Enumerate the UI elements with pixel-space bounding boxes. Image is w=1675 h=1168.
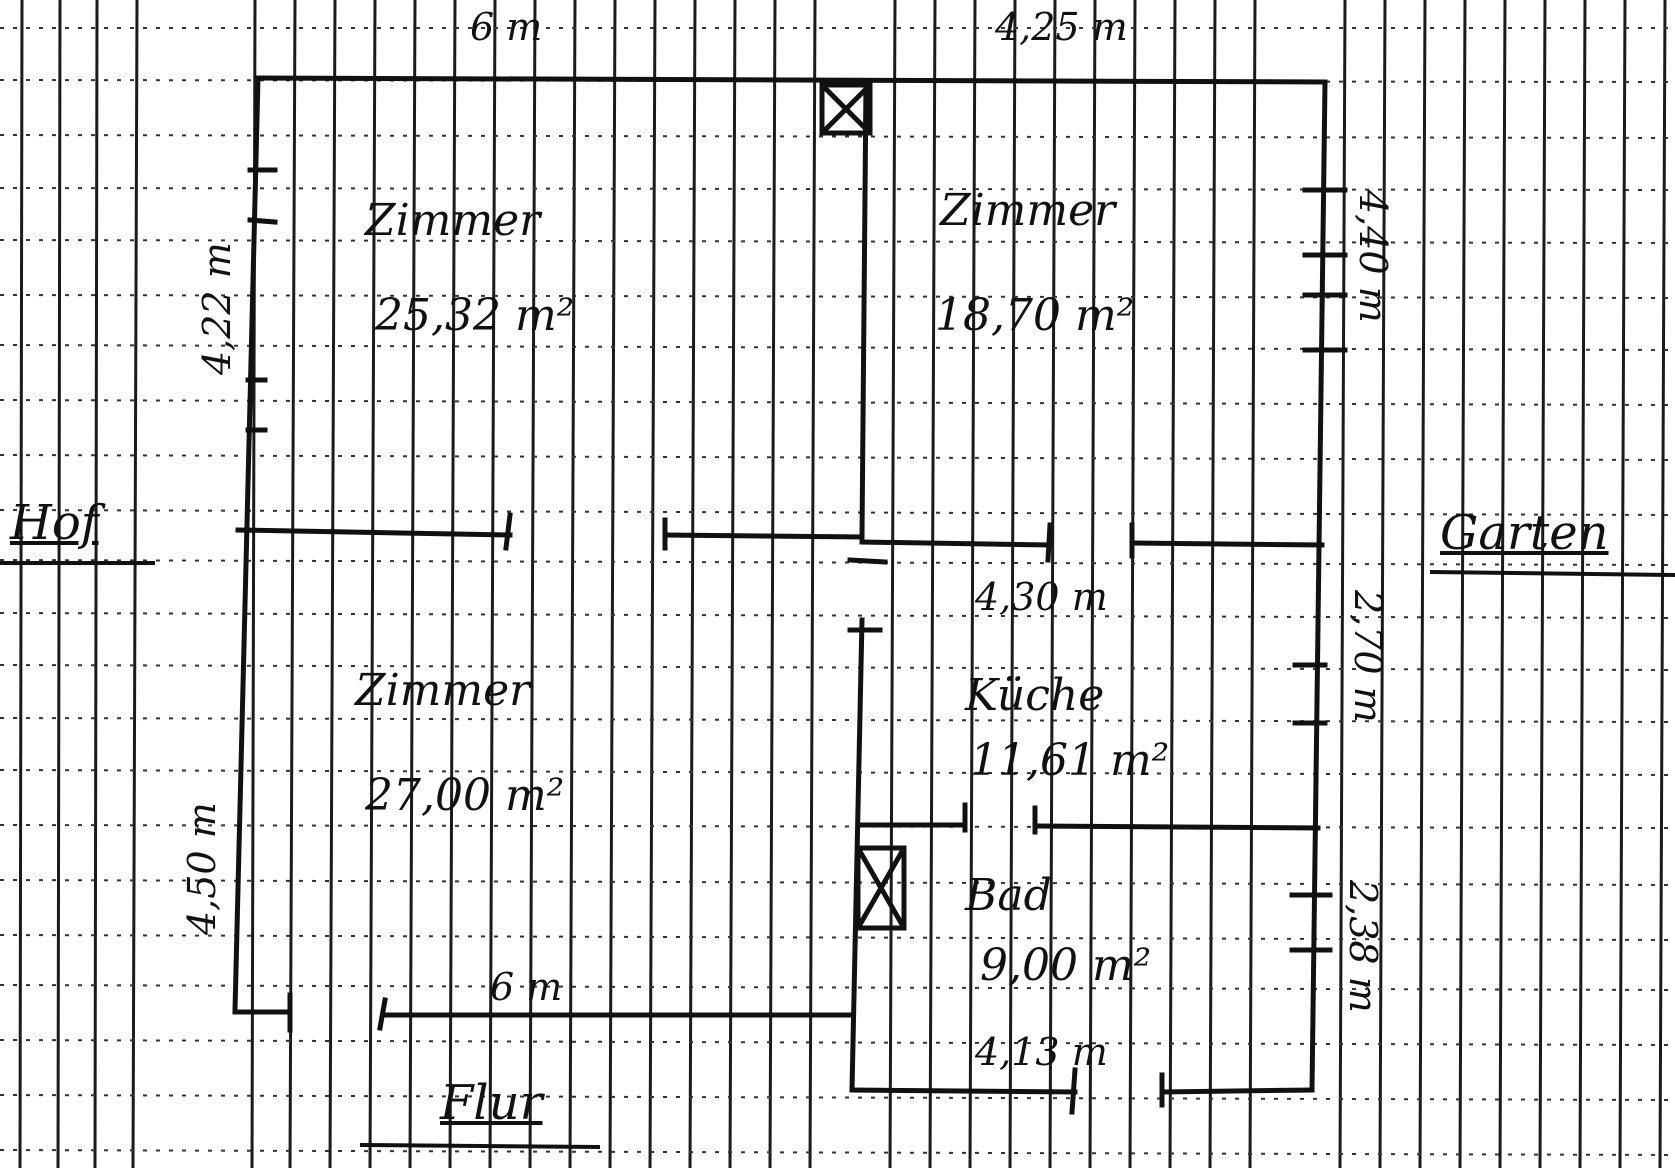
room-name: Zimmer <box>940 185 1115 236</box>
outside-label-flur: Flur <box>440 1075 543 1131</box>
dimension-label: 4,22 m <box>195 242 239 375</box>
dimension-label: 2,38 m <box>1341 880 1385 1013</box>
floor-plan-drawing <box>0 0 1675 1168</box>
dimension-label: 4,50 m <box>180 802 224 935</box>
outside-label-garten: Garten <box>1440 505 1609 561</box>
room-area: 9,00 m² <box>980 940 1151 991</box>
room-name: Zimmer <box>355 665 530 716</box>
dimension-label: 6 m <box>490 965 562 1009</box>
room-area: 27,00 m² <box>365 770 564 821</box>
dimension-label: 4,30 m <box>975 575 1108 619</box>
dimension-label: 4,40 m <box>1351 190 1395 323</box>
room-name: Küche <box>965 670 1104 721</box>
room-name: Zimmer <box>365 195 540 246</box>
chimney-top-icon <box>822 85 870 133</box>
room-name: Bad <box>965 870 1052 921</box>
dimension-label: 4,25 m <box>995 5 1128 49</box>
room-area: 18,70 m² <box>935 290 1134 341</box>
room-area: 25,32 m² <box>375 290 574 341</box>
dimension-label: 2,70 m <box>1346 590 1390 723</box>
chimney-bath-icon <box>858 825 916 928</box>
outside-label-hof: Hof <box>10 495 99 551</box>
dimension-label: 6 m <box>470 5 542 49</box>
dimension-label: 4,13 m <box>975 1030 1108 1074</box>
room-area: 11,61 m² <box>970 735 1169 786</box>
paper-grid-vertical <box>20 0 1665 1168</box>
